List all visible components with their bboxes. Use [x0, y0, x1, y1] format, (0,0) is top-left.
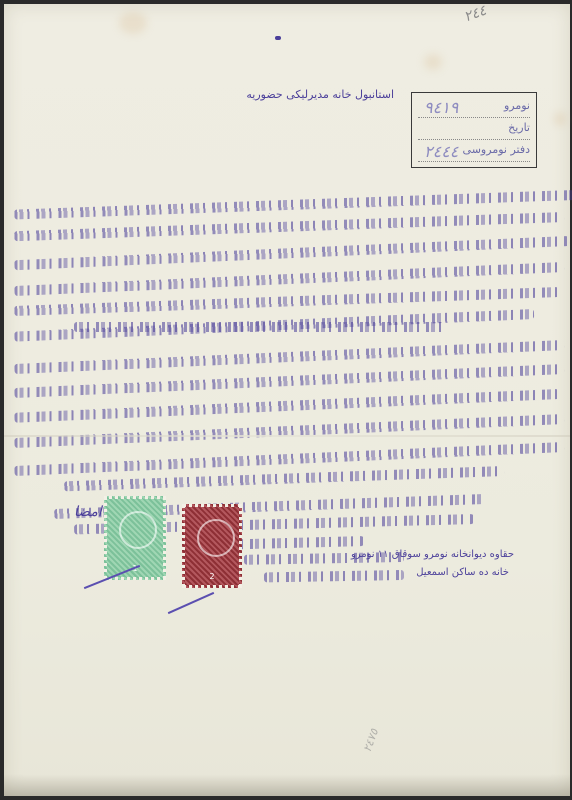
- fold-line: [4, 435, 570, 437]
- top-mark: [275, 36, 281, 40]
- corner-pencil-note: ٢٤٤: [462, 3, 489, 26]
- registry-box: نومرو ٩٤١٩ تاریخ دفتر نومروسی ٢٤٤٤: [411, 92, 537, 168]
- signature-stroke: [168, 592, 214, 614]
- closing-line-1: حقاوه دیوانخانه نومرو سوقاق ١١ نومرو: [334, 549, 514, 560]
- registry-row-ledger: دفتر نومروسی ٢٤٤٤: [418, 143, 530, 162]
- registry-row-number: نومرو ٩٤١٩: [418, 99, 530, 118]
- left-signature: امضا: [74, 504, 102, 520]
- closing-line-2: خانه ده ساکن اسمعیل: [349, 567, 509, 578]
- addressee-line: استانبول خانه مدیرلیکی حضوریه: [234, 88, 394, 101]
- stain: [554, 112, 566, 126]
- document-page: ٢٤٤ استانبول خانه مدیرلیکی حضوریه نومرو …: [4, 4, 570, 796]
- crescent-star-icon: [197, 519, 235, 557]
- tughra-emblem-icon: [119, 511, 157, 549]
- registry-number: ٩٤١٩: [424, 98, 458, 117]
- handwritten-line: [74, 322, 444, 332]
- stain: [424, 54, 442, 70]
- stain: [119, 12, 147, 34]
- ledger-number: ٢٤٤٤: [424, 142, 458, 161]
- bottom-pencil-note: ٢٤٧٥: [361, 727, 381, 754]
- page-edge-shadow: [4, 774, 570, 796]
- revenue-stamp-red: 2: [182, 504, 242, 588]
- registry-row-date: تاریخ: [418, 121, 530, 140]
